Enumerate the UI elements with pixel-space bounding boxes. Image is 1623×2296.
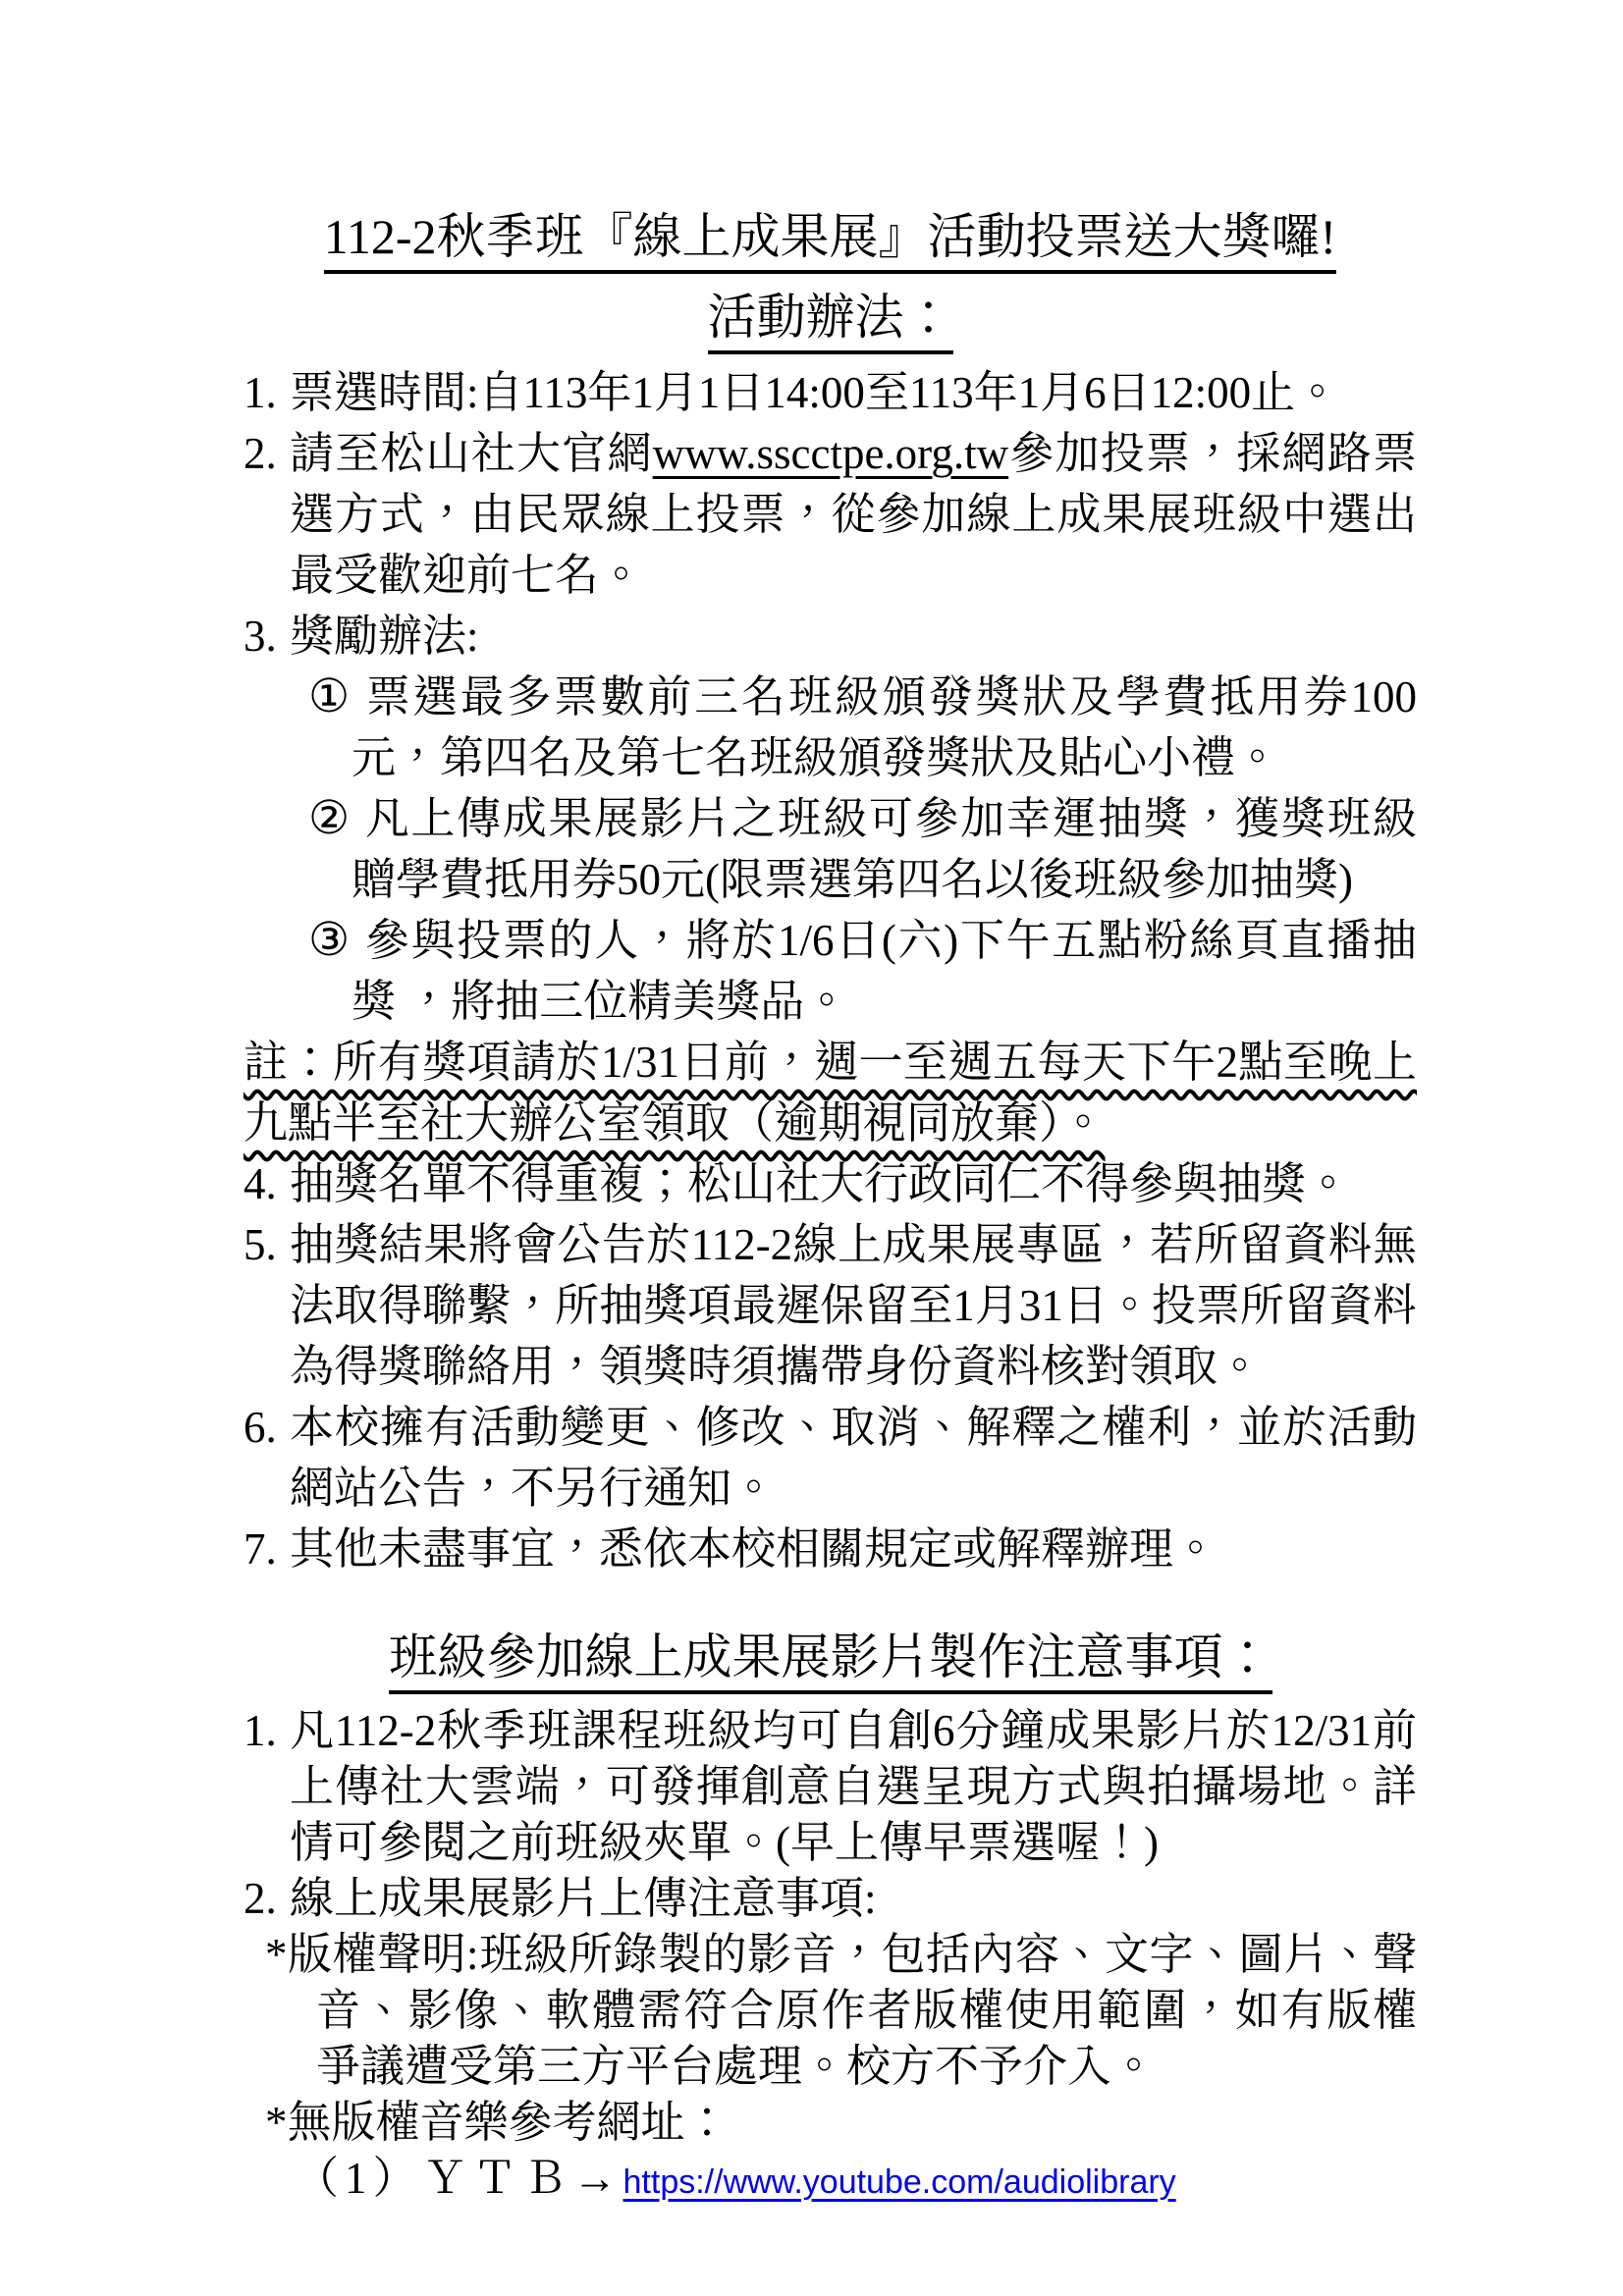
- section2-heading-text: 班級參加線上成果展影片製作注意事項：: [389, 1629, 1272, 1694]
- list-number-4: 4.: [243, 1153, 277, 1214]
- section2-body: 1. 凡112-2秋季班課程班級均可自創6分鐘成果影片於12/31前上傳社大雲端…: [243, 1703, 1417, 2211]
- note-paragraph: 註：所有獎項請於1/31日前，週一至週五每天下午2點至晚上九點半至社大辦公室領取…: [243, 1032, 1417, 1153]
- circled-number-1: ①: [308, 671, 352, 722]
- list-item-5: 5. 抽獎結果將會公告於112-2線上成果展專區，若所留資料無法取得聯繫，所抽獎…: [243, 1214, 1417, 1397]
- sub-item-1-text: 票選最多票數前三名班級頒發獎狀及學費抵用券100元，第四名及第七名班級頒發獎狀及…: [352, 672, 1417, 782]
- list-item-5-text: 抽獎結果將會公告於112-2線上成果展專區，若所留資料無法取得聯繫，所抽獎項最遲…: [290, 1220, 1417, 1391]
- sub-item-2: ②凡上傳成果展影片之班級可參加幸運抽獎，獲獎班級贈學費抵用券50元(限票選第四名…: [243, 788, 1417, 910]
- section2-list-item-1: 1. 凡112-2秋季班課程班級均可自創6分鐘成果影片於12/31前上傳社大雲端…: [243, 1703, 1417, 1871]
- page: 112-2秋季班『線上成果展』活動投票送大獎囉! 活動辦法： 1. 票選時間:自…: [0, 0, 1623, 2296]
- section1-body: 1. 票選時間:自113年1月1日14:00至113年1月6日12:00止。 2…: [243, 362, 1417, 1579]
- section2-list-item-2: 2. 線上成果展影片上傳注意事項:: [243, 1871, 1417, 1927]
- list-number-1: 1.: [243, 362, 277, 423]
- list-item-4: 4. 抽獎名單不得重複；松山社大行政同仁不得參與抽獎。: [243, 1153, 1417, 1214]
- list-item-6: 6. 本校擁有活動變更、修改、取消、解釋之權利，並於活動網站公告，不另行通知。: [243, 1397, 1417, 1519]
- list-item-6-text: 本校擁有活動變更、修改、取消、解釋之權利，並於活動網站公告，不另行通知。: [290, 1403, 1417, 1513]
- sub-item-3-text: 參與投票的人，將於1/6日(六)下午五點粉絲頁直播抽獎 ，將抽三位精美獎品。: [352, 916, 1417, 1026]
- list-item-1: 1. 票選時間:自113年1月1日14:00至113年1月6日12:00止。: [243, 362, 1417, 423]
- sub-item-1: ①票選最多票數前三名班級頒發獎狀及學費抵用券100元，第四名及第七名班級頒發獎狀…: [243, 667, 1417, 788]
- section2-list-item-2-text: 線上成果展影片上傳注意事項:: [290, 1874, 877, 1923]
- circled-number-3: ③: [308, 915, 352, 966]
- sub-item-2-text: 凡上傳成果展影片之班級可參加幸運抽獎，獲獎班級贈學費抵用券50元(限票選第四名以…: [352, 794, 1417, 904]
- section2-list-number-1: 1.: [243, 1703, 277, 1759]
- list-item-7: 7. 其他未盡事宜，悉依本校相關規定或解釋辦理。: [243, 1519, 1417, 1579]
- list-item-4-text: 抽獎名單不得重複；松山社大行政同仁不得參與抽獎。: [290, 1159, 1350, 1208]
- section2-heading: 班級參加線上成果展影片製作注意事項：: [243, 1623, 1417, 1691]
- royalty-free-music-note: *無版權音樂參考網址：: [265, 2095, 1417, 2151]
- youtube-audiolibrary-link[interactable]: https://www.youtube.com/audiolibrary: [623, 2163, 1176, 2201]
- list-number-5: 5.: [243, 1214, 277, 1275]
- list-item-1-text: 票選時間:自113年1月1日14:00至113年1月6日12:00止。: [290, 368, 1339, 417]
- youtube-reference-label: （1）ＹＴＢ→: [295, 2154, 623, 2203]
- list-item-3: 3. 獎勵辦法:: [243, 606, 1417, 667]
- list-number-2: 2.: [243, 423, 277, 484]
- copyright-note: *版權聲明:班級所錄製的影音，包括內容、文字、圖片、聲音、影像、軟體需符合原作者…: [265, 1927, 1417, 2095]
- youtube-reference-row: （1）ＹＴＢ→https://www.youtube.com/audiolibr…: [295, 2151, 1417, 2211]
- list-number-6: 6.: [243, 1397, 277, 1458]
- list-item-2: 2. 請至松山社大官網www.sscctpe.org.tw參加投票，採網路票選方…: [243, 423, 1417, 606]
- page-title-text: 112-2秋季班『線上成果展』活動投票送大獎囉!: [324, 209, 1336, 274]
- sub-item-3: ③參與投票的人，將於1/6日(六)下午五點粉絲頁直播抽獎 ，將抽三位精美獎品。: [243, 910, 1417, 1032]
- section1-heading: 活動辦法：: [243, 282, 1417, 352]
- list-item-3-text: 獎勵辦法:: [290, 612, 479, 661]
- page-title: 112-2秋季班『線上成果展』活動投票送大獎囉!: [243, 201, 1417, 272]
- list-item-2-text-pre: 請至松山社大官網: [290, 429, 653, 478]
- circled-number-2: ②: [308, 793, 352, 844]
- list-number-7: 7.: [243, 1519, 277, 1579]
- sscctpe-website-link[interactable]: www.sscctpe.org.tw: [653, 429, 1008, 478]
- list-number-3: 3.: [243, 606, 277, 667]
- section2-list-item-1-text: 凡112-2秋季班課程班級均可自創6分鐘成果影片於12/31前上傳社大雲端，可發…: [290, 1706, 1417, 1867]
- section1-heading-text: 活動辦法：: [708, 290, 953, 354]
- list-item-7-text: 其他未盡事宜，悉依本校相關規定或解釋辦理。: [290, 1524, 1217, 1574]
- section2-list-number-2: 2.: [243, 1871, 277, 1927]
